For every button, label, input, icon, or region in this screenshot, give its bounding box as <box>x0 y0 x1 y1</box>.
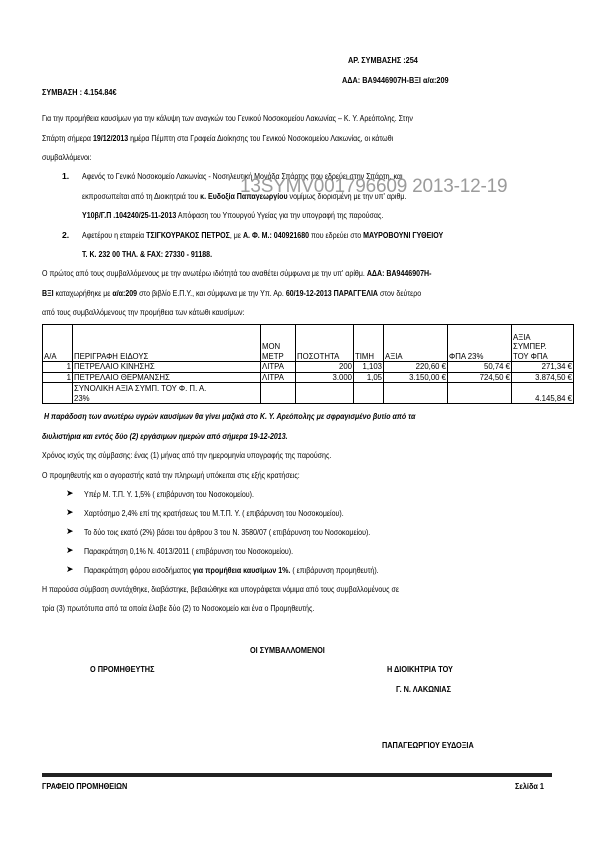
deductions-intro: Ο προμηθευτής και ο αγοραστής κατά την π… <box>42 470 460 480</box>
summary-total: 4.145,84 € <box>512 383 574 404</box>
hospital-name: Γ. Ν. ΛΑΚΩΝΙΑΣ <box>396 684 451 694</box>
director-name: ΠΑΠΑΓΕΩΡΓΙΟΥ ΕΥΔΟΞΙΑ <box>382 740 474 750</box>
decision-ref: Υ10β/Γ.Π .104240/25-11-2013 <box>82 210 176 220</box>
signatures-title: ΟΙ ΣΥΜΒΑΛΛΟΜΕΝΟΙ <box>250 645 325 655</box>
arrow-bullet-icon: ➤ <box>66 488 74 499</box>
table-header-row: Α/Α ΠΕΡΙΓΡΑΦΗ ΕΙΔΟΥΣ ΜΟΝΜΕΤΡ ΠΟΣΟΤΗΤΑ ΤΙ… <box>43 325 574 362</box>
supplier-name: ΤΣΙΓΚΟΥΡΑΚΟΣ ΠΕΤΡΟΣ <box>146 230 230 240</box>
delivery-line-1: Η παράδοση των ανωτέρω υγρών καυσίμων θα… <box>44 411 462 421</box>
party-1-line-3: Υ10β/Γ.Π .104240/25-11-2013 Απόφαση του … <box>82 210 383 220</box>
intro-line-2: Σπάρτη σήμερα 19/12/2013 ημέρα Πέμπτη στ… <box>42 133 460 143</box>
delivery-line-2: διυλιστήρια και εντός δύο (2) εργάσιμων … <box>42 431 460 441</box>
order-ref: 60/19-12-2013 ΠΑΡΑΓΓΕΛΙΑ <box>286 288 378 298</box>
table-summary-row: ΣΥΝΟΛΙΚΗ ΑΞΙΑ ΣΥΜΠ. ΤΟΥ Φ. Π. Α.23% 4.14… <box>43 383 574 404</box>
intro-line-3: συμβαλλόμενοι: <box>42 152 460 162</box>
table-row: 1 ΠΕΤΡΕΛΑΙΟ ΚΙΝΗΣΗΣ ΛΙΤΡΑ 200 1,103 220,… <box>43 362 574 373</box>
footer-page-number: Σελίδα 1 <box>515 781 544 791</box>
closing-line-2: τρία (3) πρωτότυπα από τα οποία έλαβε δύ… <box>42 603 460 613</box>
header-total: ΑΞΙΑΣΥΜΠΕΡ.ΤΟΥ ΦΠΑ <box>512 325 574 362</box>
assignment-line-2: ΒΞΙ καταχωρήθηκε με α/α:209 στο βιβλίο Ε… <box>42 288 460 298</box>
items-table: Α/Α ΠΕΡΙΓΡΑΦΗ ΕΙΔΟΥΣ ΜΟΝΜΕΤΡ ΠΟΣΟΤΗΤΑ ΤΙ… <box>42 324 574 404</box>
contract-amount: ΣΥΜΒΑΣΗ : 4.154.84€ <box>42 87 117 97</box>
party-1-number: 1. <box>62 171 69 181</box>
intro-date: 19/12/2013 <box>93 133 128 143</box>
party-2-line-1: Αφετέρου η εταιρεία ΤΣΙΓΚΟΥΡΑΚΟΣ ΠΕΤΡΟΣ,… <box>82 230 443 240</box>
arrow-bullet-icon: ➤ <box>66 526 74 537</box>
supplier-location: ΜΑΥΡΟΒΟΥΝΙ ΓΥΘΕΙΟΥ <box>363 230 443 240</box>
header-price: ΤΙΜΗ <box>354 325 384 362</box>
validity-text: Χρόνος ισχύς της σύμβασης: ένας (1) μήνα… <box>42 450 460 460</box>
ada-code: ΑΔΑ: ΒΑ9446907Η-ΒΞΙ α/α:209 <box>342 75 449 85</box>
header-aa: Α/Α <box>43 325 73 362</box>
footer-office: ΓΡΑΦΕΙΟ ΠΡΟΜΗΘΕΙΩΝ <box>42 781 127 791</box>
deduction-item: Υπέρ Μ. Τ.Π. Υ. 1,5% ( επιβάρυνση του Νο… <box>84 489 254 499</box>
arrow-bullet-icon: ➤ <box>66 545 74 556</box>
director-signature-label: Η ΔΙΟΙΚΗΤΡΙΑ ΤΟΥ <box>387 664 453 674</box>
deduction-item: Παρακράτηση φόρου εισοδήματος για προμήθ… <box>84 565 379 575</box>
header-vat: ΦΠΑ 23% <box>448 325 512 362</box>
supplier-signature-label: Ο ΠΡΟΜΗΘΕΥΤΗΣ <box>90 664 154 674</box>
header-value: ΑΞΙΑ <box>384 325 448 362</box>
arrow-bullet-icon: ➤ <box>66 564 74 575</box>
watermark-stamp: 13SYMV001796609 2013-12-19 <box>240 176 507 198</box>
intro-line-1: Για την προμήθεια καυσίμων για την κάλυψ… <box>42 113 460 123</box>
footer-divider <box>42 773 552 777</box>
table-row: 1 ΠΕΤΡΕΛΑΙΟ ΘΕΡΜΑΝΣΗΣ ΛΙΤΡΑ 3.000 1,05 3… <box>43 372 574 383</box>
contract-number: ΑΡ. ΣΥΜΒΑΣΗΣ :254 <box>348 55 418 65</box>
deduction-item: Το δύο τοις εκατό (2%) βάσει του άρθρου … <box>84 527 370 537</box>
party-2-number: 2. <box>62 230 69 240</box>
deduction-item: Χαρτόσημο 2,4% επί της κρατήσεως του Μ.Τ… <box>84 508 344 518</box>
assignment-line-3: από τους συμβαλλόμενους την προμήθεια τω… <box>42 307 460 317</box>
header-quantity: ΠΟΣΟΤΗΤΑ <box>296 325 354 362</box>
supplier-afm: Α. Φ. Μ.: 040921680 <box>243 230 309 240</box>
assignment-line-1: Ο πρώτος από τους συμβαλλόμενους με την … <box>42 268 460 278</box>
supplier-contact: Τ. Κ. 232 00 ΤΗΛ. & FAX: 27330 - 91188. <box>82 249 212 259</box>
deduction-item: Παρακράτηση 0,1% Ν. 4013/2011 ( επιβάρυν… <box>84 546 293 556</box>
arrow-bullet-icon: ➤ <box>66 507 74 518</box>
summary-label: ΣΥΝΟΛΙΚΗ ΑΞΙΑ ΣΥΜΠ. ΤΟΥ Φ. Π. Α.23% <box>73 383 261 404</box>
closing-line-1: Η παρούσα σύμβαση συντάχθηκε, διαβάστηκε… <box>42 584 460 594</box>
header-description: ΠΕΡΙΓΡΑΦΗ ΕΙΔΟΥΣ <box>73 325 261 362</box>
header-unit: ΜΟΝΜΕΤΡ <box>261 325 296 362</box>
